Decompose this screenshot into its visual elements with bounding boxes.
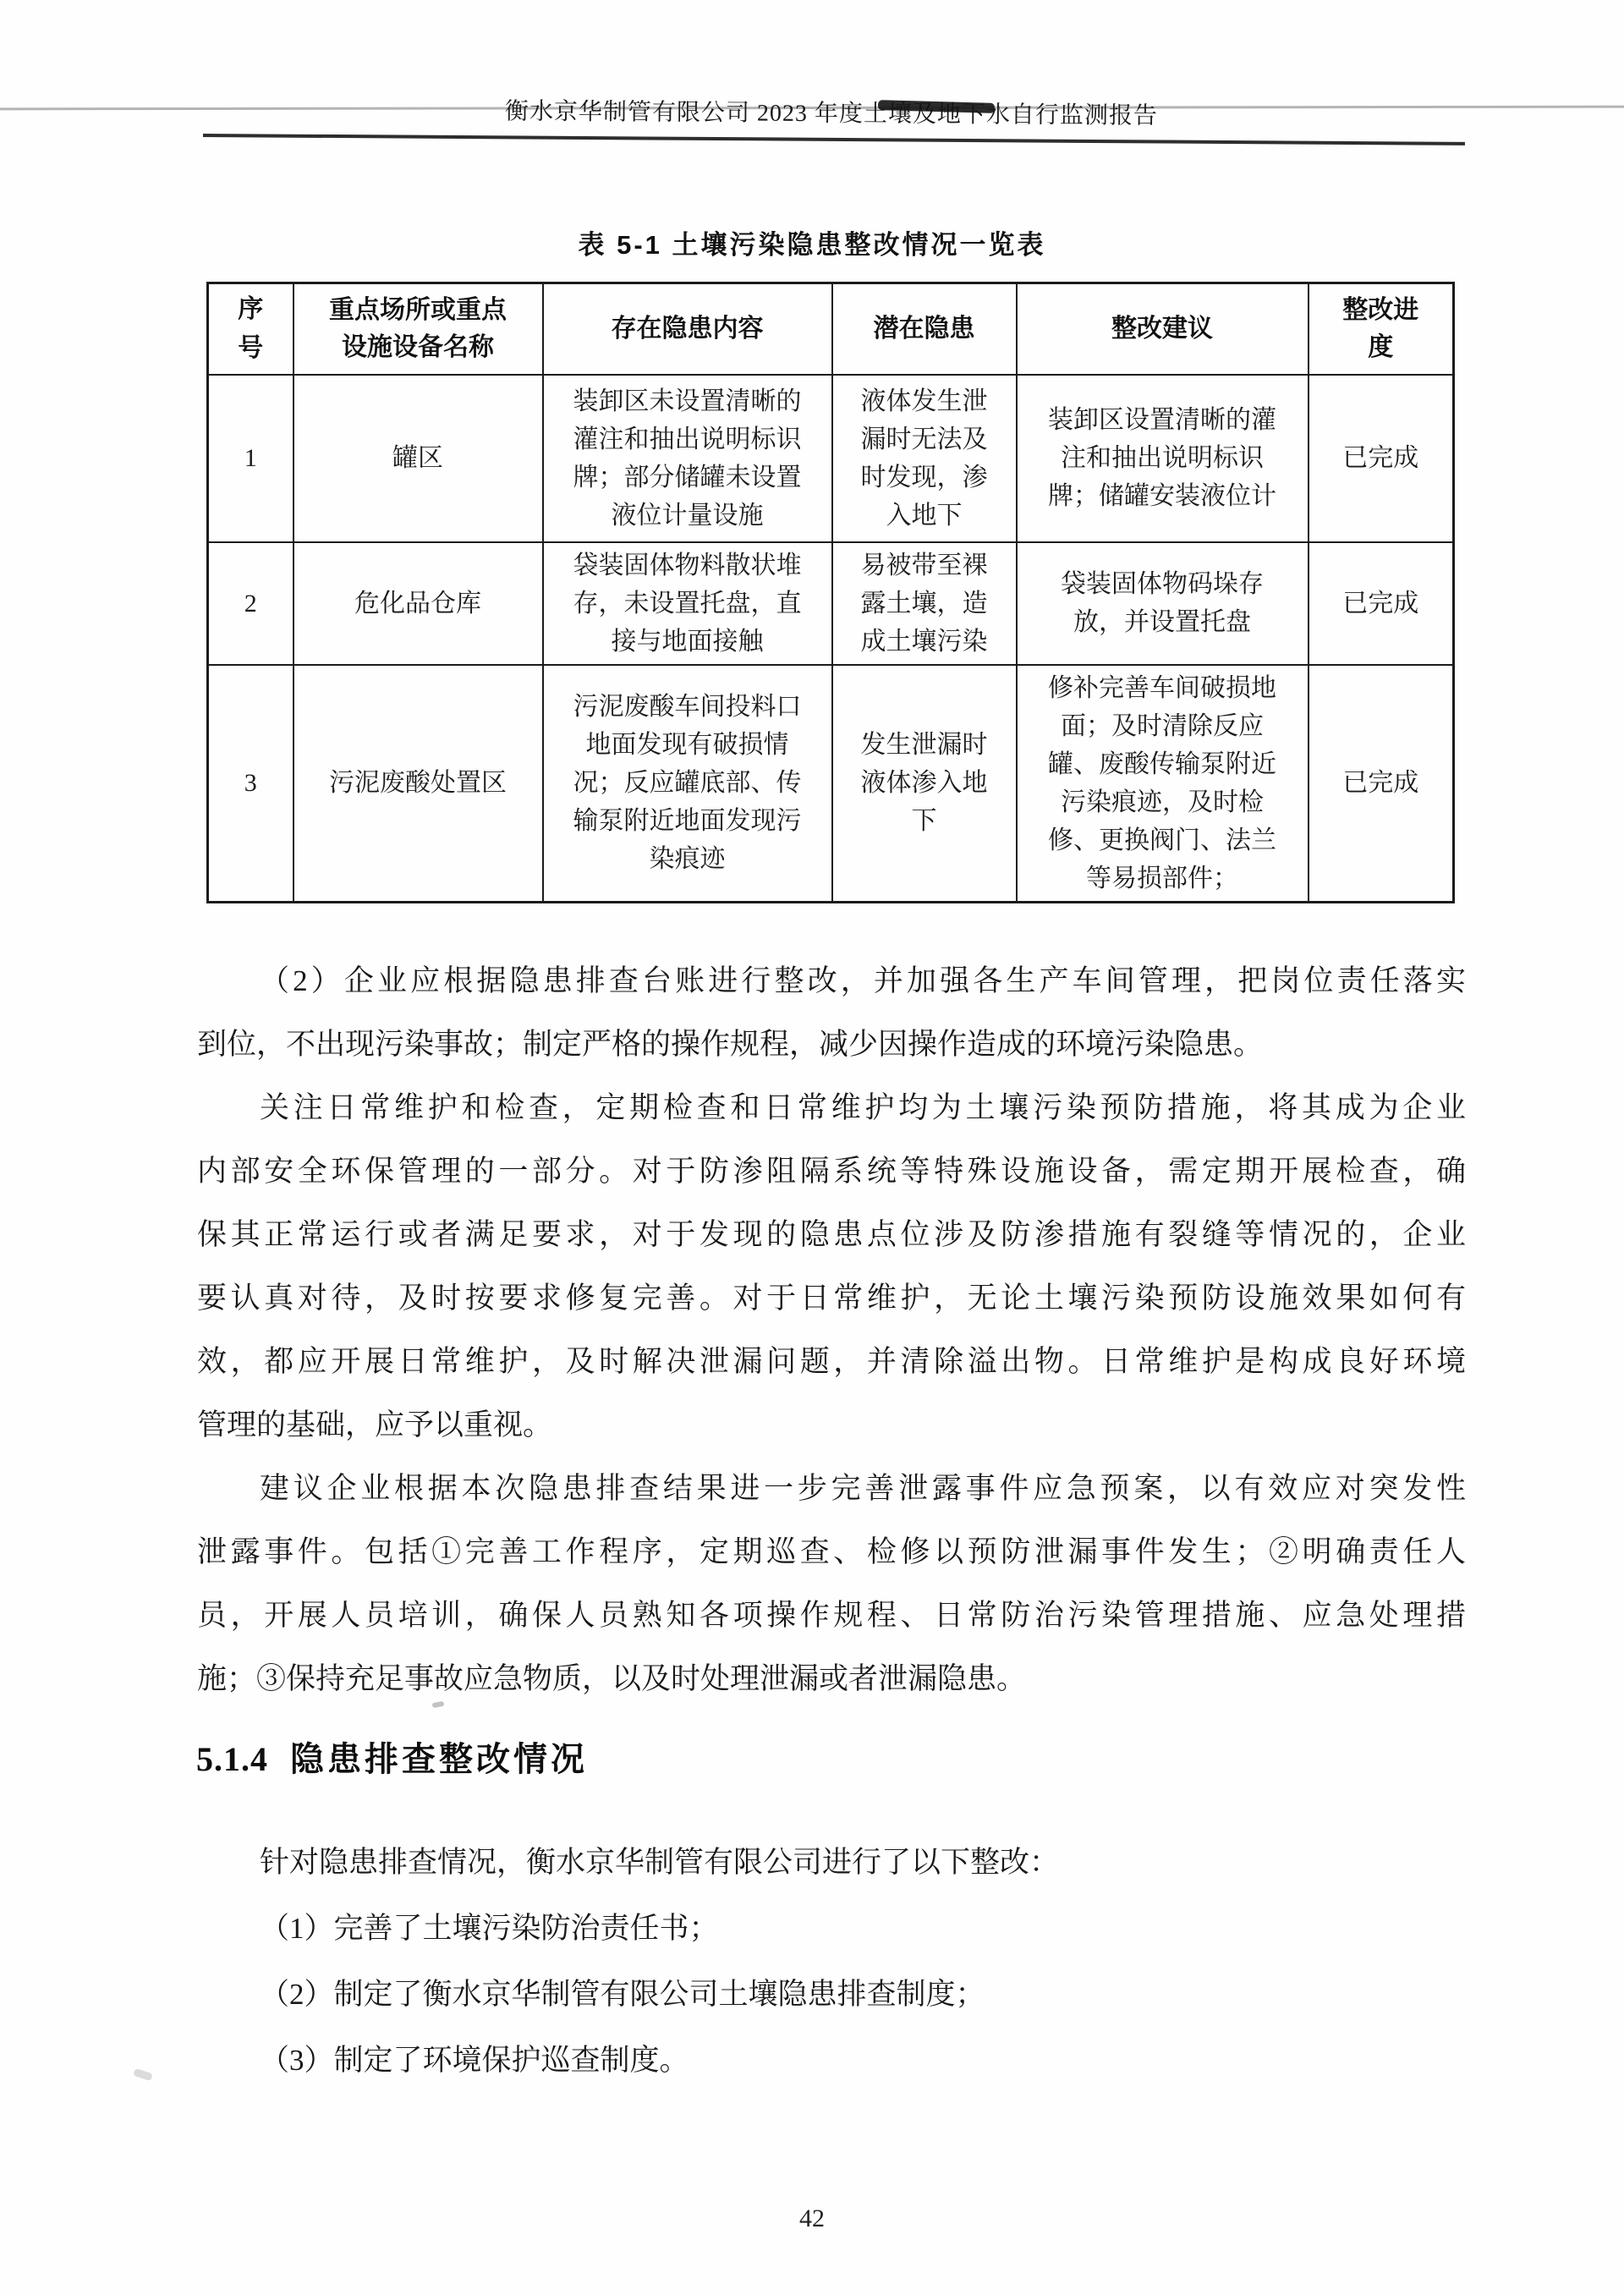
body-text-block: （2）企业应根据隐患排查台账进行整改，并加强各生产车间管理，把岗位责任落实 到位… [197,949,1466,1710]
body-line: 员，开展人员培训，确保人员熟知各项操作规程、日常防治污染管理措施、应急处理措 [197,1584,1466,1647]
cell-suggestion: 袋装固体物码垛存放，并设置托盘 [1017,542,1309,665]
table-caption: 表 5-1 土壤污染隐患整改情况一览表 [0,223,1624,261]
body-line: （2）企业应根据隐患排查台账进行整改，并加强各生产车间管理，把岗位责任落实 [197,949,1466,1013]
cell-potential: 发生泄漏时液体渗入地下 [832,665,1017,903]
cell-suggestion: 修补完善车间破损地面；及时清除反应罐、废酸传输泵附近污染痕迹，及时检修、更换阀门… [1017,665,1309,903]
section-title: 隐患排查整改情况 [290,1741,588,1778]
body-line: 管理的基础，应予以重视。 [197,1393,1466,1457]
table-row: 1 罐区 装卸区未设置清晰的灌注和抽出说明标识牌；部分储罐未设置液位计量设施 液… [208,375,1454,542]
cell-seq: 2 [208,542,294,665]
section-heading: 5.1.4隐患排查整改情况 [196,1738,588,1782]
body-line: 施；③保持充足事故应急物质，以及时处理泄漏或者泄漏隐患。 [197,1647,1466,1710]
table-header-row: 序号 重点场所或重点设施设备名称 存在隐患内容 潜在隐患 整改建议 整改进度 [208,283,1454,375]
header-seq: 序号 [208,283,294,375]
cell-progress: 已完成 [1309,542,1454,665]
table-row: 2 危化品仓库 袋装固体物料散状堆存，未设置托盘，直接与地面接触 易被带至裸露土… [208,542,1454,665]
list-item: （2）制定了衡水京华制管有限公司土壤隐患排查制度； [197,1962,1466,2028]
cell-seq: 3 [208,665,294,903]
body-line: 内部安全环保管理的一部分。对于防渗阻隔系统等特殊设施设备，需定期开展检查，确 [197,1139,1466,1203]
cell-hazard: 污泥废酸车间投料口地面发现有破损情况；反应罐底部、传输泵附近地面发现污染痕迹 [543,665,832,903]
report-page: 衡水京华制管有限公司 2023 年度土壤及地下水自行监测报告 表 5-1 土壤污… [0,0,1624,2295]
rectification-intro: 针对隐患排查情况，衡水京华制管有限公司进行了以下整改： [197,1830,1466,1896]
header-hazard: 存在隐患内容 [543,283,832,375]
cell-seq: 1 [208,375,294,542]
cell-progress: 已完成 [1309,665,1454,903]
table-row: 3 污泥废酸处置区 污泥废酸车间投料口地面发现有破损情况；反应罐底部、传输泵附近… [208,665,1454,903]
cell-site: 污泥废酸处置区 [294,665,543,903]
cell-potential: 液体发生泄漏时无法及时发现，渗入地下 [832,375,1017,542]
header-suggestion: 整改建议 [1017,283,1309,375]
header-potential: 潜在隐患 [832,283,1017,375]
body-line: 到位，不出现污染事故；制定严格的操作规程，减少因操作造成的环境污染隐患。 [197,1013,1466,1076]
header-site: 重点场所或重点设施设备名称 [294,283,543,375]
cell-progress: 已完成 [1309,375,1454,542]
body-line: 建议企业根据本次隐患排查结果进一步完善泄露事件应急预案，以有效应对突发性 [197,1457,1466,1520]
cell-suggestion: 装卸区设置清晰的灌注和抽出说明标识牌；储罐安装液位计 [1017,375,1309,542]
list-item: （3）制定了环境保护巡查制度。 [197,2028,1466,2094]
cell-site: 危化品仓库 [294,542,543,665]
running-header-title: 衡水京华制管有限公司 2023 年度土壤及地下水自行监测报告 [0,89,1624,134]
scan-speck [133,2068,153,2081]
body-line: 泄露事件。包括①完善工作程序，定期巡查、检修以预防泄漏事件发生；②明确责任人 [197,1520,1466,1584]
header-rule-line [203,134,1465,145]
header-progress: 整改进度 [1309,283,1454,375]
cell-hazard: 袋装固体物料散状堆存，未设置托盘，直接与地面接触 [543,542,832,665]
list-item: （1）完善了土壤污染防治责任书； [197,1896,1466,1962]
body-line: 保其正常运行或者满足要求，对于发现的隐患点位涉及防渗措施有裂缝等情况的，企业 [197,1203,1466,1266]
hazard-rectification-table: 序号 重点场所或重点设施设备名称 存在隐患内容 潜在隐患 整改建议 整改进度 1… [206,282,1455,903]
body-line: 效，都应开展日常维护，及时解决泄漏问题，并清除溢出物。日常维护是构成良好环境 [197,1330,1466,1393]
body-line: 关注日常维护和检查，定期检查和日常维护均为土壤污染预防措施，将其成为企业 [197,1076,1466,1139]
page-number: 42 [0,2204,1624,2233]
section-number: 5.1.4 [196,1740,268,1778]
header-seq-label: 序号 [236,290,266,368]
cell-potential: 易被带至裸露土壤，造成土壤污染 [832,542,1017,665]
rectification-list: 针对隐患排查情况，衡水京华制管有限公司进行了以下整改： （1）完善了土壤污染防治… [197,1830,1466,2094]
cell-site: 罐区 [294,375,543,542]
cell-hazard: 装卸区未设置清晰的灌注和抽出说明标识牌；部分储罐未设置液位计量设施 [543,375,832,542]
body-line: 要认真对待，及时按要求修复完善。对于日常维护，无论土壤污染预防设施效果如何有 [197,1266,1466,1330]
